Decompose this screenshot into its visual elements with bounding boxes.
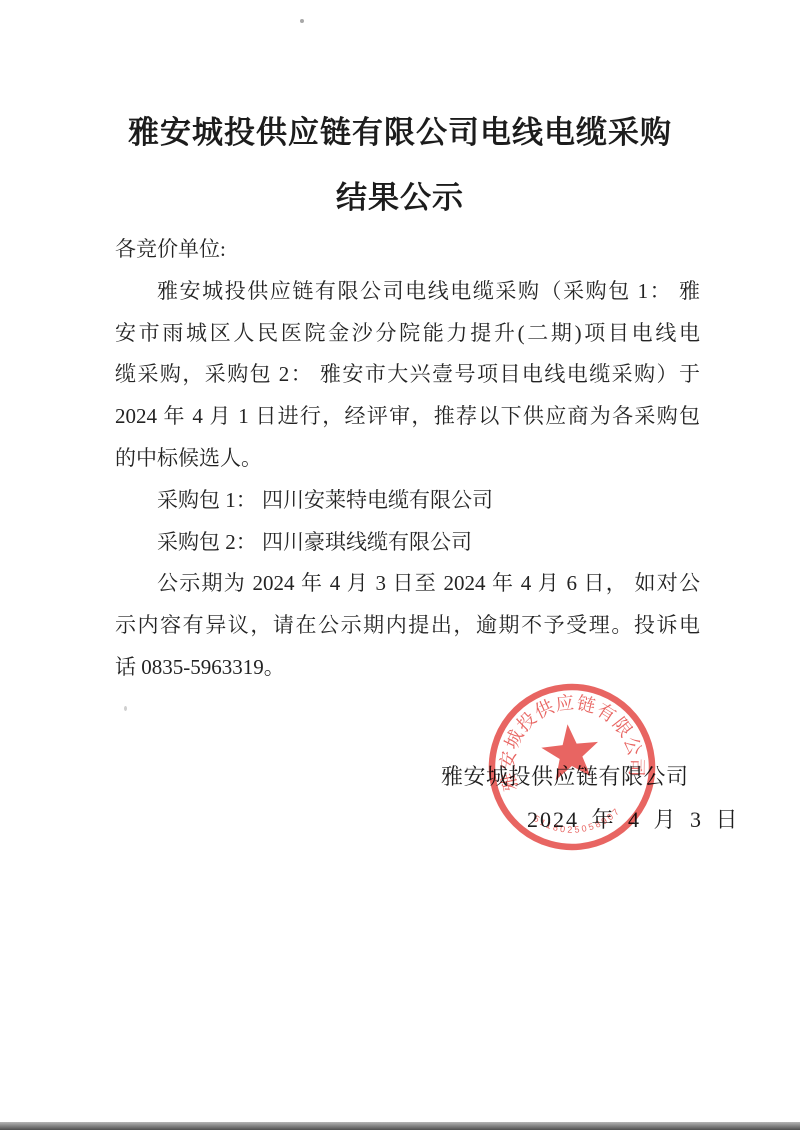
company-seal: 雅安城投供应链有限公司 5118025058907: [479, 674, 666, 861]
scan-edge-bar: [0, 1122, 800, 1130]
body-line: 雅安城投供应链有限公司电线电缆采购（采购包 1： 雅: [115, 271, 700, 313]
body-line: 示内容有异议，请在公示期内提出，逾期不予受理。投诉电: [115, 605, 700, 647]
body-line-salutation: 各竞价单位:: [115, 229, 700, 271]
body-line: 的中标候选人。: [115, 438, 700, 480]
body-line: 缆采购，采购包 2： 雅安市大兴壹号项目电线电缆采购）于: [115, 354, 700, 396]
seal-star: [539, 721, 601, 781]
body-line: 公示期为 2024 年 4 月 3 日至 2024 年 4 月 6 日， 如对公: [115, 563, 700, 605]
scan-speck: [300, 19, 304, 23]
scan-speck: [124, 706, 127, 711]
document-title-line1: 雅安城投供应链有限公司电线电缆采购: [0, 107, 800, 152]
body-line: 安市雨城区人民医院金沙分院能力提升(二期)项目电线电: [115, 313, 700, 355]
body-line-package2: 采购包 2： 四川豪琪线缆有限公司: [115, 522, 700, 564]
body-line-package1: 采购包 1： 四川安莱特电缆有限公司: [115, 480, 700, 522]
document-title-line2: 结果公示: [0, 172, 800, 217]
document-body: 各竞价单位: 雅安城投供应链有限公司电线电缆采购（采购包 1： 雅 安市雨城区人…: [115, 229, 700, 689]
body-line: 2024 年 4 月 1 日进行，经评审，推荐以下供应商为各采购包: [115, 396, 700, 438]
